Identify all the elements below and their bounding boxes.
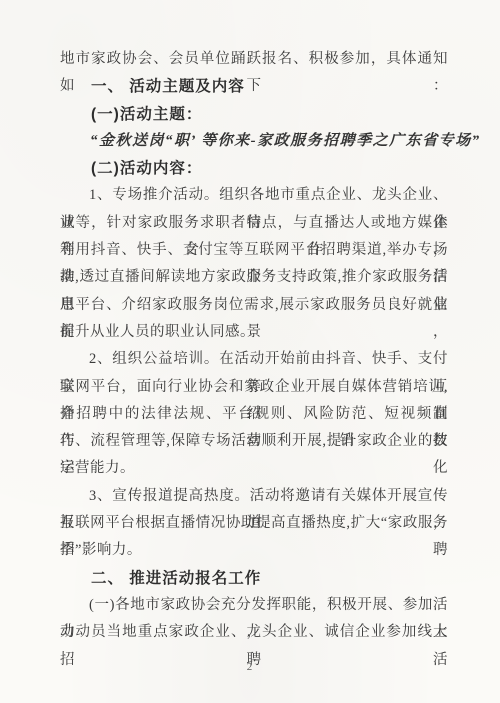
text-line: 2、组织公益培训。在活动开始前由抖音、快手、支付宝等互 <box>60 346 448 373</box>
document-page: 地市家政协会、会员单位踊跃报名、积极参加，具体通知如下：一、 活动主题及内容(一… <box>0 0 500 703</box>
text-line: 3、宣传报道提高热度。活动将邀请有关媒体开展宣传报道， <box>60 483 448 510</box>
text-line: 动,透过直播间解读地方家政服务支持政策,推介家政服务信用信 <box>60 264 448 291</box>
text-line: (二)活动内容： <box>60 155 448 182</box>
text-line: 1、专场推介活动。组织各地市重点企业、龙头企业、诚信企 <box>60 182 448 209</box>
page-number: 2 <box>0 661 500 673</box>
text-line: 地市家政协会、会员单位踊跃报名、积极参加，具体通知如下： <box>60 46 448 73</box>
text-line: “金秋送岗“职’ 等你来-家政服务招聘季之广东省专场” <box>60 128 448 155</box>
text-line: 互联网平台根据直播情况协助提高直播热度,扩大“家政服务招聘 <box>60 510 448 537</box>
text-line: 联网平台，面向行业协会和家政企业开展自媒体营销培训,介绍直 <box>60 374 448 401</box>
text-line: (一)活动主题： <box>60 101 448 128</box>
text-line: (一)各地市家政协会充分发挥职能，积极开展、参加活动，大 <box>60 592 448 619</box>
text-line: 息平台、介绍家政服务岗位需求,展示家政服务员良好就业前景， <box>60 292 448 319</box>
text-line: 播招聘中的法律法规、平台规则、风险防范、短视频制作、营销技 <box>60 401 448 428</box>
text-line: 二、 推进活动报名工作 <box>60 565 448 592</box>
text-line: 利用抖音、快手、支付宝等互联网平台招聘渠道,举办专场推介活 <box>60 237 448 264</box>
text-line: 力动员当地重点家政企业、龙头企业、诚信企业参加线上招聘活 <box>60 619 448 646</box>
text-line: 业等，针对家政服务求职者特点，与直播达人或地方媒体等合作， <box>60 210 448 237</box>
text-line: 巧、流程管理等,保障专场活动顺利开展,提升家政企业的数字化 <box>60 428 448 455</box>
document-body: 地市家政协会、会员单位踊跃报名、积极参加，具体通知如下：一、 活动主题及内容(一… <box>60 46 448 647</box>
